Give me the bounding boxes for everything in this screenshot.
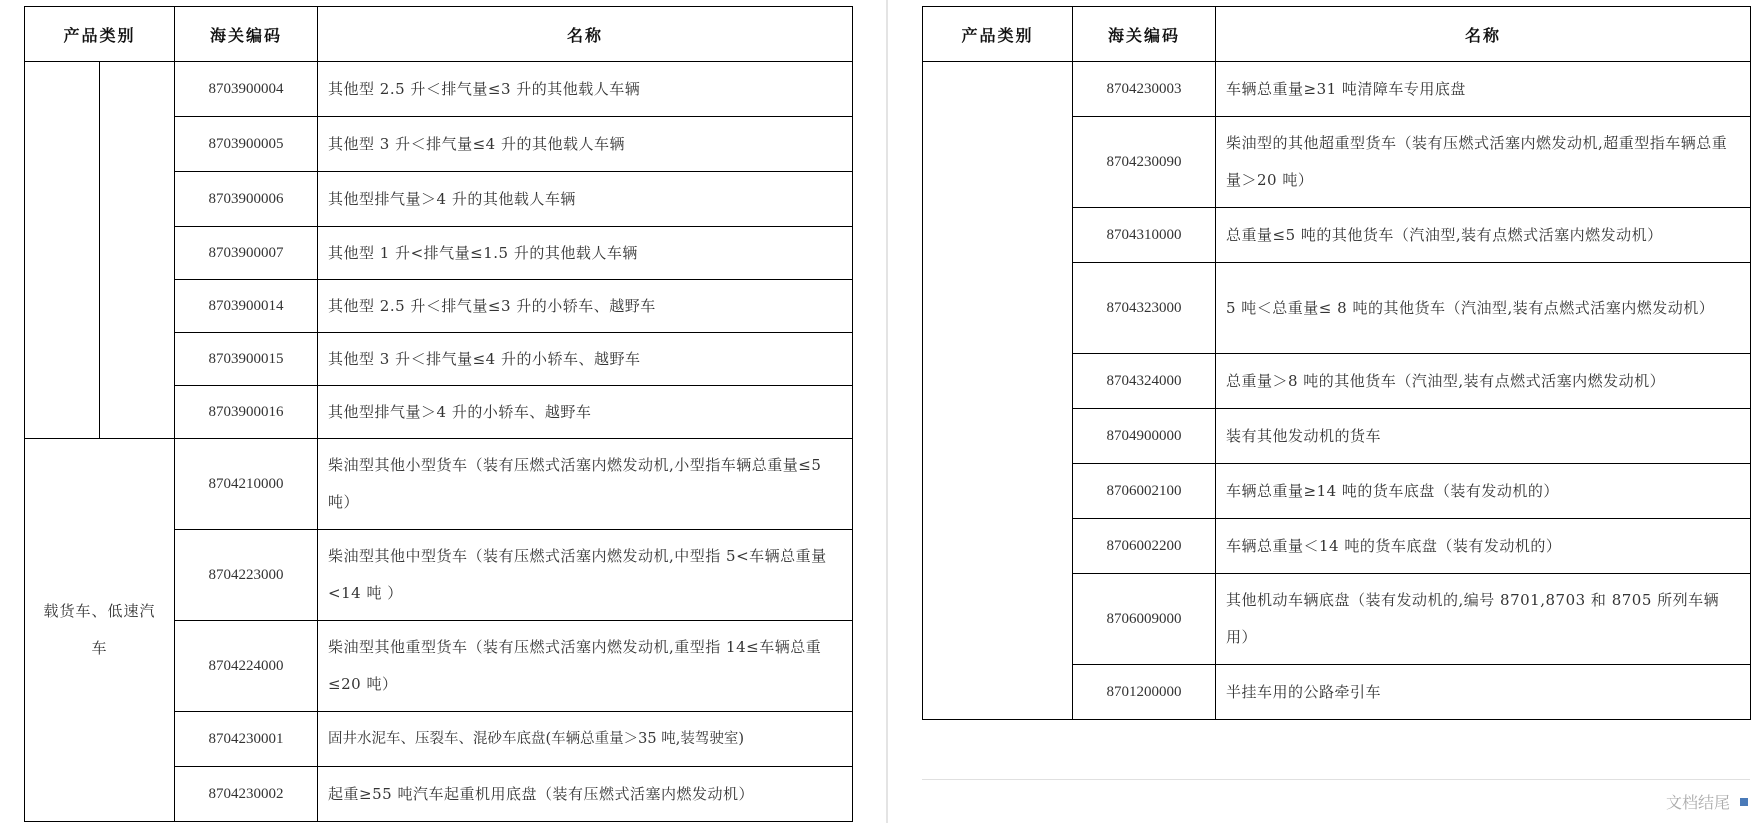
name-cell: 其他机动车辆底盘（装有发动机的,编号 8701,8703 和 8705 所列车辆… <box>1216 574 1751 665</box>
header-name: 名称 <box>1216 7 1751 62</box>
customs-code-table-left: 产品类别 海关编码 名称 8703900004 其他型 2.5 升＜排气量≤3 … <box>24 6 853 822</box>
name-cell: 其他型 3 升＜排气量≤4 升的其他载人车辆 <box>318 117 853 172</box>
name-cell: 柴油型其他中型货车（装有压燃式活塞内燃发动机,中型指 5<车辆总重量<14 吨 … <box>318 530 853 621</box>
code-cell: 8706009000 <box>1073 574 1216 665</box>
code-cell: 8706002200 <box>1073 519 1216 574</box>
code-cell: 8703900015 <box>175 333 318 386</box>
code-cell: 8701200000 <box>1073 665 1216 720</box>
subcategory-cell-blank <box>100 62 175 439</box>
name-cell: 其他型排气量＞4 升的其他载人车辆 <box>318 172 853 227</box>
table-row: 8703900004 其他型 2.5 升＜排气量≤3 升的其他载人车辆 <box>25 62 853 117</box>
category-cell-blank <box>25 62 100 439</box>
name-cell: 半挂车用的公路牵引车 <box>1216 665 1751 720</box>
table-row: 8704230003 车辆总重量≥31 吨清障车专用底盘 <box>923 62 1751 117</box>
code-cell: 8704224000 <box>175 621 318 712</box>
code-cell: 8703900005 <box>175 117 318 172</box>
name-cell: 总重量＞8 吨的其他货车（汽油型,装有点燃式活塞内燃发动机） <box>1216 354 1751 409</box>
code-cell: 8704324000 <box>1073 354 1216 409</box>
name-cell: 其他型 1 升<排气量≤1.5 升的其他载人车辆 <box>318 227 853 280</box>
document-end-marker: 文档结尾 <box>1666 790 1748 813</box>
code-cell: 8704230003 <box>1073 62 1216 117</box>
code-cell: 8704310000 <box>1073 208 1216 263</box>
name-cell: 柴油型的其他超重型货车（装有压燃式活塞内燃发动机,超重型指车辆总重量＞20 吨） <box>1216 117 1751 208</box>
code-cell: 8704230002 <box>175 767 318 822</box>
code-cell: 8704323000 <box>1073 263 1216 354</box>
name-cell: 车辆总重量≥14 吨的货车底盘（装有发动机的） <box>1216 464 1751 519</box>
name-cell: 其他型排气量＞4 升的小轿车、越野车 <box>318 386 853 439</box>
code-cell: 8703900016 <box>175 386 318 439</box>
name-cell: 装有其他发动机的货车 <box>1216 409 1751 464</box>
table-header-row: 产品类别 海关编码 名称 <box>923 7 1751 62</box>
name-cell: 其他型 2.5 升＜排气量≤3 升的其他载人车辆 <box>318 62 853 117</box>
header-category: 产品类别 <box>25 7 175 62</box>
code-cell: 8704230090 <box>1073 117 1216 208</box>
square-marker-icon <box>1740 798 1748 806</box>
name-cell: 5 吨＜总重量≤ 8 吨的其他货车（汽油型,装有点燃式活塞内燃发动机） <box>1216 263 1751 354</box>
code-cell: 8704230001 <box>175 712 318 767</box>
code-cell: 8703900004 <box>175 62 318 117</box>
name-cell: 固井水泥车、压裂车、混砂车底盘(车辆总重量＞35 吨,装驾驶室) <box>318 712 853 767</box>
header-code: 海关编码 <box>1073 7 1216 62</box>
name-cell: 柴油型其他小型货车（装有压燃式活塞内燃发动机,小型指车辆总重量≤5 吨） <box>318 439 853 530</box>
customs-code-table-right: 产品类别 海关编码 名称 8704230003 车辆总重量≥31 吨清障车专用底… <box>922 6 1751 720</box>
name-cell: 车辆总重量＜14 吨的货车底盘（装有发动机的） <box>1216 519 1751 574</box>
name-cell: 起重≥55 吨汽车起重机用底盘（装有压燃式活塞内燃发动机） <box>318 767 853 822</box>
header-code: 海关编码 <box>175 7 318 62</box>
table-row: 载货车、低速汽车 8704210000 柴油型其他小型货车（装有压燃式活塞内燃发… <box>25 439 853 530</box>
table-header-row: 产品类别 海关编码 名称 <box>25 7 853 62</box>
category-cell: 载货车、低速汽车 <box>25 439 175 822</box>
name-cell: 车辆总重量≥31 吨清障车专用底盘 <box>1216 62 1751 117</box>
code-cell: 8704900000 <box>1073 409 1216 464</box>
document-end-rule <box>922 779 1750 780</box>
name-cell: 总重量≤5 吨的其他货车（汽油型,装有点燃式活塞内燃发动机） <box>1216 208 1751 263</box>
code-cell: 8703900014 <box>175 280 318 333</box>
code-cell: 8703900006 <box>175 172 318 227</box>
category-cell-blank <box>923 62 1073 720</box>
name-cell: 其他型 3 升＜排气量≤4 升的小轿车、越野车 <box>318 333 853 386</box>
name-cell: 其他型 2.5 升＜排气量≤3 升的小轿车、越野车 <box>318 280 853 333</box>
name-cell: 柴油型其他重型货车（装有压燃式活塞内燃发动机,重型指 14≤车辆总重≤20 吨） <box>318 621 853 712</box>
code-cell: 8704223000 <box>175 530 318 621</box>
header-category: 产品类别 <box>923 7 1073 62</box>
code-cell: 8703900007 <box>175 227 318 280</box>
document-end-label: 文档结尾 <box>1666 790 1730 813</box>
page-divider <box>886 0 888 823</box>
code-cell: 8706002100 <box>1073 464 1216 519</box>
header-name: 名称 <box>318 7 853 62</box>
code-cell: 8704210000 <box>175 439 318 530</box>
